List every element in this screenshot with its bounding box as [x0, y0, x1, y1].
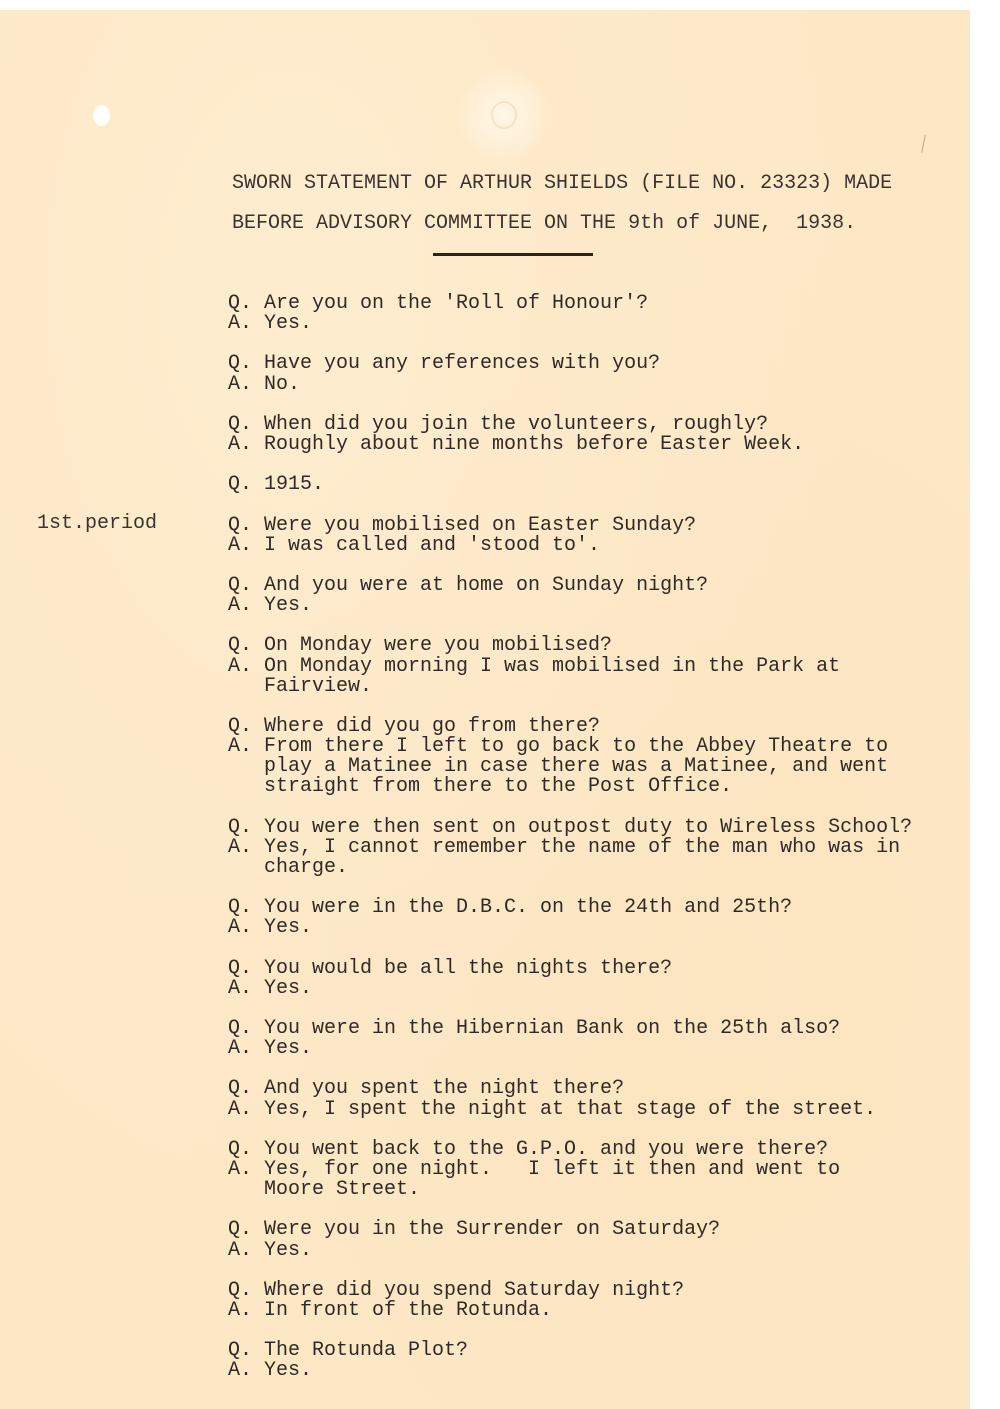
- blank-line: [228, 1321, 948, 1341]
- question-line: Q. You were then sent on outpost duty to…: [228, 818, 948, 838]
- answer-line: A. No.: [228, 375, 948, 395]
- question-line: Q. You were in the Hibernian Bank on the…: [228, 1019, 948, 1039]
- question-line: Q. And you were at home on Sunday night?: [228, 576, 948, 596]
- question-line: Q. You were in the D.B.C. on the 24th an…: [228, 898, 948, 918]
- question-line: Q. Have you any references with you?: [228, 354, 948, 374]
- blank-line: [228, 999, 948, 1019]
- answer-continuation-line: straight from there to the Post Office.: [228, 777, 948, 797]
- answer-line: A. Yes.: [228, 596, 948, 616]
- margin-note: 1st.period: [37, 514, 157, 534]
- question-line: Q. Where did you spend Saturday night?: [228, 1281, 948, 1301]
- blank-line: [228, 939, 948, 959]
- question-line: Q. Where did you go from there?: [228, 717, 948, 737]
- question-line: Q. The Rotunda Plot?: [228, 1341, 948, 1361]
- answer-line: A. Yes, for one night. I left it then an…: [228, 1160, 948, 1180]
- question-line: Q. Were you in the Surrender on Saturday…: [228, 1220, 948, 1240]
- answer-line: A. Yes.: [228, 979, 948, 999]
- question-line: Q. Were you mobilised on Easter Sunday?: [228, 516, 948, 536]
- question-line: Q. And you spent the night there?: [228, 1079, 948, 1099]
- document-title-line-2: BEFORE ADVISORY COMMITTEE ON THE 9th of …: [232, 213, 856, 235]
- answer-continuation-line: Fairview.: [228, 677, 948, 697]
- blank-line: [228, 1200, 948, 1220]
- blank-line: [228, 616, 948, 636]
- blank-line: [228, 697, 948, 717]
- blank-line: [228, 495, 948, 515]
- question-line: Q. 1915.: [228, 475, 948, 495]
- blank-line: [228, 1059, 948, 1079]
- answer-line: A. Yes.: [228, 1361, 948, 1381]
- statement-body: Q. Are you on the 'Roll of Honour'?A. Ye…: [228, 294, 948, 1382]
- answer-continuation-line: charge.: [228, 858, 948, 878]
- blank-line: [228, 1261, 948, 1281]
- question-line: Q. You went back to the G.P.O. and you w…: [228, 1140, 948, 1160]
- answer-line: A. Yes.: [228, 1241, 948, 1261]
- blank-line: [228, 334, 948, 354]
- answer-continuation-line: play a Matinee in case there was a Matin…: [228, 757, 948, 777]
- blank-line: [228, 556, 948, 576]
- answer-line: A. Yes.: [228, 314, 948, 334]
- blank-line: [228, 1120, 948, 1140]
- document-page: SWORN STATEMENT OF ARTHUR SHIELDS (FILE …: [0, 10, 970, 1409]
- blank-line: [228, 878, 948, 898]
- answer-line: A. Roughly about nine months before East…: [228, 435, 948, 455]
- blank-line: [228, 455, 948, 475]
- embossed-seal-icon: [458, 65, 548, 165]
- blank-line: [228, 798, 948, 818]
- title-divider: [433, 253, 593, 256]
- answer-line: A. I was called and 'stood to'.: [228, 536, 948, 556]
- question-line: Q. When did you join the volunteers, rou…: [228, 415, 948, 435]
- document-title-line-1: SWORN STATEMENT OF ARTHUR SHIELDS (FILE …: [232, 173, 892, 195]
- answer-line: A. From there I left to go back to the A…: [228, 737, 948, 757]
- answer-line: A. Yes, I cannot remember the name of th…: [228, 838, 948, 858]
- pen-mark: [921, 135, 926, 153]
- question-line: Q. You would be all the nights there?: [228, 959, 948, 979]
- punch-hole: [93, 105, 110, 126]
- answer-line: A. In front of the Rotunda.: [228, 1301, 948, 1321]
- answer-line: A. On Monday morning I was mobilised in …: [228, 657, 948, 677]
- question-line: Q. On Monday were you mobilised?: [228, 636, 948, 656]
- answer-line: A. Yes.: [228, 918, 948, 938]
- answer-line: A. Yes.: [228, 1039, 948, 1059]
- blank-line: [228, 395, 948, 415]
- question-line: Q. Are you on the 'Roll of Honour'?: [228, 294, 948, 314]
- answer-continuation-line: Moore Street.: [228, 1180, 948, 1200]
- answer-line: A. Yes, I spent the night at that stage …: [228, 1100, 948, 1120]
